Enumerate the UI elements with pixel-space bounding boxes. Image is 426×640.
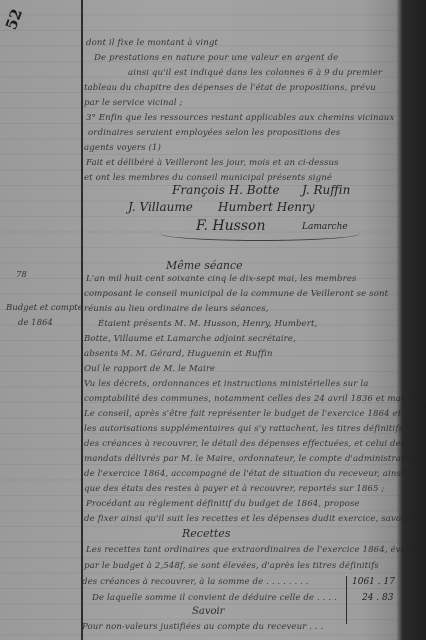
margin-number: 78 — [16, 270, 27, 280]
text-line: Pour non-valeurs justifiées au compte du… — [82, 622, 323, 632]
signature: J. Villaume — [128, 200, 193, 214]
text-line: ainsi qu'il est indiqué dans les colonne… — [128, 68, 382, 78]
text-line: tableau du chapitre des dépenses de l'ét… — [84, 83, 376, 93]
text-line: 3° Enfin que les ressources restant appl… — [86, 113, 394, 123]
margin-note: Budget et compte — [6, 303, 83, 313]
amount-column-rule — [346, 576, 347, 624]
text-line: composant le conseil municipal de la com… — [84, 289, 388, 299]
text-line: Botte, Villaume et Lamarche adjoint secr… — [84, 334, 296, 344]
signature-flourish — [160, 226, 360, 241]
manuscript-page: 52 dont il fixe le montant à vingt De pr… — [0, 0, 426, 640]
text-line: L'an mil huit cent soixante cinq le dix-… — [86, 274, 357, 284]
text-line: comptabilité des communes, notamment cel… — [84, 394, 426, 404]
text-line: de fixer ainsi qu'il suit les recettes e… — [84, 514, 414, 524]
text-line: par le budget à 2,548f, se sont élevées,… — [84, 561, 379, 571]
text-line: Fait et délibéré à Veilleront les jour, … — [86, 158, 339, 168]
text-line: Vu les décrets, ordonnances et instructi… — [84, 379, 368, 389]
text-line: par le service vicinal ; — [84, 98, 182, 108]
text-line: agents voyers (1) — [84, 143, 161, 153]
text-line: Le conseil, après s'être fait représente… — [84, 409, 401, 419]
signature: Humbert Henry — [218, 200, 315, 214]
page-number: 52 — [2, 6, 26, 32]
text-line: les autorisations supplémentaires qui s'… — [84, 424, 403, 434]
signature: François H. Botte — [172, 183, 280, 197]
section-heading: Recettes — [182, 527, 230, 540]
text-line: réunis au lieu ordinaire de leurs séance… — [84, 304, 269, 314]
text-line: des créances à recouvrer, à la somme de … — [82, 577, 309, 587]
signature: J. Ruffin — [302, 183, 350, 197]
text-line: Étaient présents M. M. Husson, Henry, Hu… — [98, 319, 317, 329]
text-line: dont il fixe le montant à vingt — [86, 38, 218, 48]
text-line: De laquelle somme il convient de déduire… — [92, 593, 337, 603]
text-line: ordinaires seraient employées selon les … — [88, 128, 340, 138]
text-line: et ont les membres du conseil municipal … — [84, 173, 332, 183]
margin-note: de 1864 — [18, 318, 53, 328]
section-heading: Même séance — [166, 259, 243, 272]
amount: 24 . 83 — [362, 593, 394, 603]
text-line: Procédant au règlement définitif du budg… — [86, 499, 360, 509]
text-line: de l'exercice 1864, accompagné de l'état… — [84, 469, 404, 479]
text-line: mandats délivrés par M. le Maire, ordonn… — [84, 454, 418, 464]
text-line: Les recettes tant ordinaires que extraor… — [86, 545, 426, 555]
amount: 1061 . 17 — [352, 577, 395, 587]
margin-rule — [81, 0, 83, 640]
text-line: que des états des restes à payer et à re… — [84, 484, 384, 494]
text-line: des créances à recouvrer, le détail des … — [84, 439, 405, 449]
text-line: absents M. M. Gérard, Huguenin et Ruffin — [84, 349, 273, 359]
text-line: De prestations en nature pour une valeur… — [94, 53, 338, 63]
subheading: Savoir — [192, 606, 224, 617]
text-line: Ouï le rapport de M. le Maire — [84, 364, 215, 374]
